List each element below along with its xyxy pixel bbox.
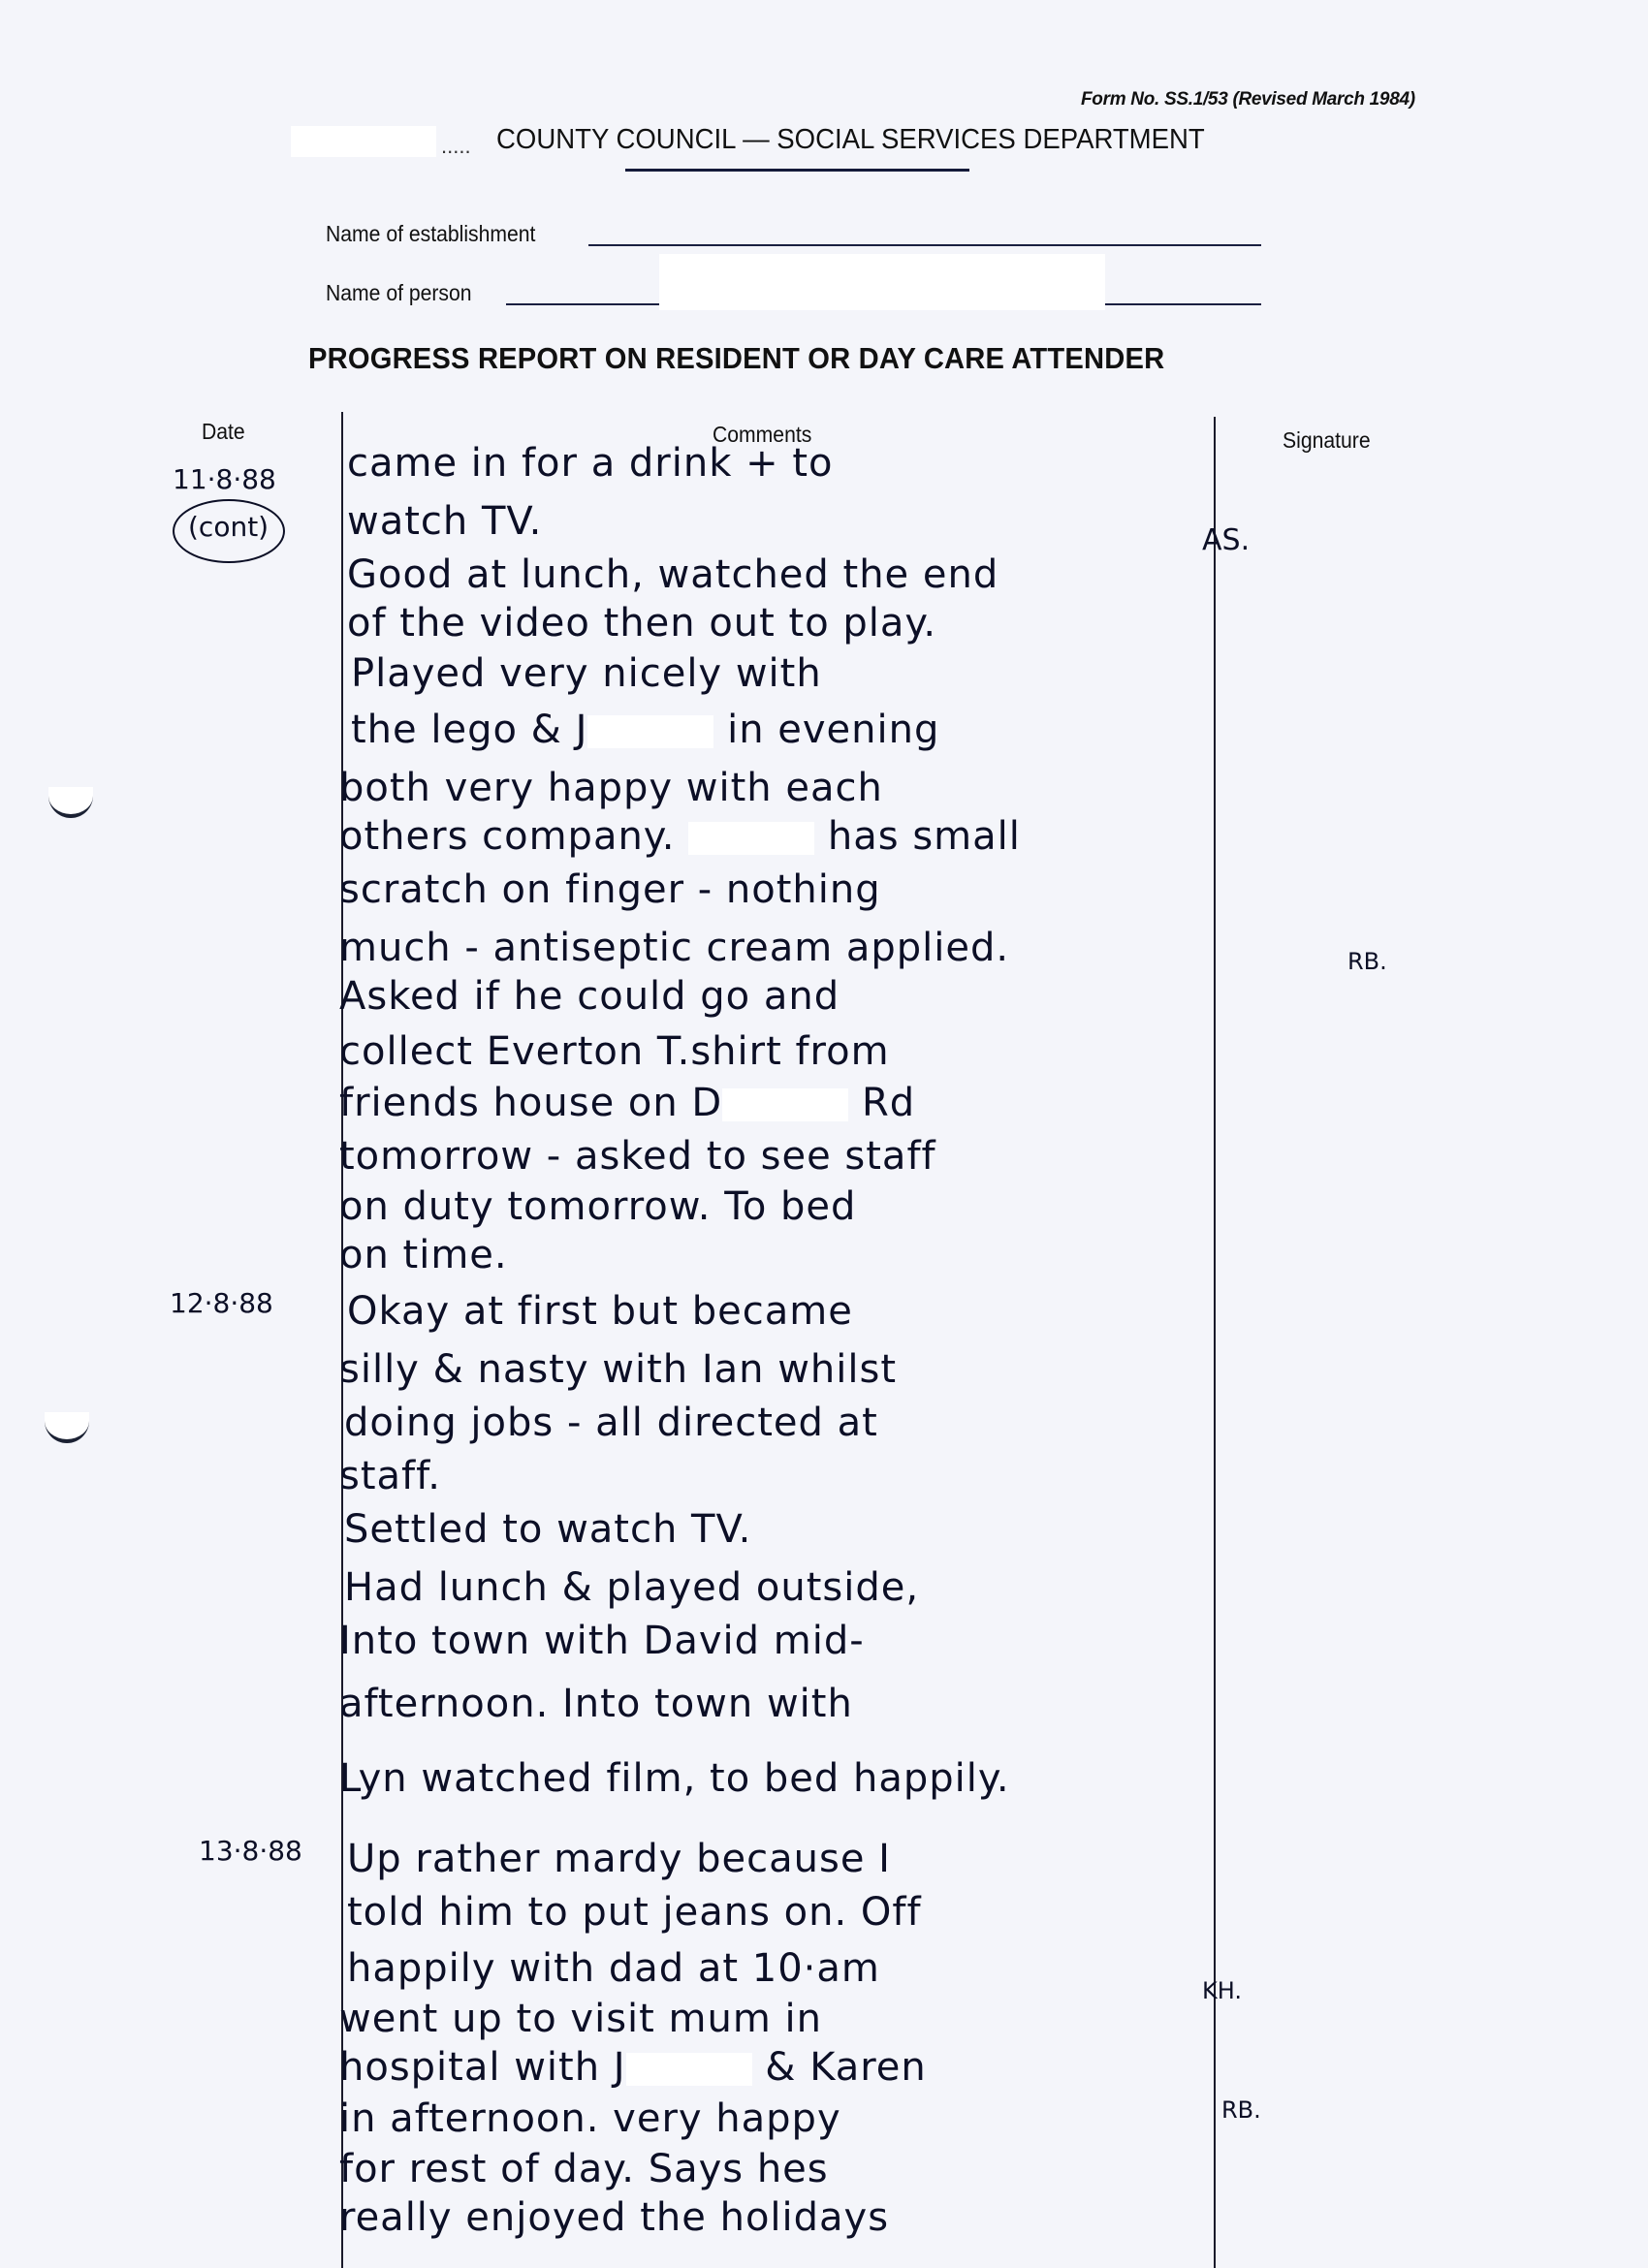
comment-line: went up to visit mum in	[339, 1997, 822, 2041]
comment-line: on duty tomorrow. To bed	[339, 1184, 856, 1229]
comment-line: Had lunch & played outside,	[344, 1565, 919, 1610]
redacted-council-name	[291, 126, 436, 157]
comment-line: of the video then out to play.	[347, 601, 936, 646]
comment-line: really enjoyed the holidays	[339, 2195, 889, 2240]
column-header-date: Date	[202, 419, 245, 445]
comment-line: friends house on D Rd	[339, 1081, 915, 1125]
comment-line: for rest of day. Says hes	[339, 2147, 829, 2191]
comment-line: silly & nasty with Ian whilst	[339, 1347, 897, 1392]
comment-line: Settled to watch TV.	[344, 1507, 751, 1552]
staff-signature: AS.	[1202, 523, 1250, 557]
comment-line: scratch on finger - nothing	[339, 867, 881, 912]
comment-line: Played very nicely with	[351, 651, 822, 696]
council-prefix-dots: .....	[441, 134, 471, 159]
redacted-name	[587, 715, 713, 748]
entry-date-note: (cont)	[188, 511, 269, 543]
comment-line: collect Everton T.shirt from	[339, 1029, 890, 1074]
comment-line: watch TV.	[347, 499, 542, 544]
comment-line: tomorrow - asked to see staff	[339, 1134, 936, 1179]
comment-line: Into town with David mid-	[339, 1619, 865, 1663]
title-underline	[625, 169, 969, 172]
form-number: Form No. SS.1/53 (Revised March 1984)	[1081, 89, 1415, 110]
redacted-name	[688, 822, 814, 855]
column-header-signature: Signature	[1283, 427, 1371, 454]
comments-left-rule	[341, 412, 343, 2268]
redacted-person-name	[659, 254, 1105, 310]
comment-line: Up rather mardy because I	[347, 1837, 891, 1881]
comment-line: doing jobs - all directed at	[344, 1401, 878, 1445]
staff-signature: KH.	[1202, 1977, 1242, 2004]
comment-line: told him to put jeans on. Off	[347, 1890, 922, 1935]
comment-line: Good at lunch, watched the end	[347, 552, 998, 597]
comment-line: on time.	[339, 1233, 508, 1277]
comment-line: in afternoon. very happy	[339, 2096, 841, 2141]
comment-line: staff.	[339, 1454, 441, 1498]
punch-hole	[45, 1412, 89, 1443]
comment-line: happily with dad at 10·am	[347, 1946, 880, 1991]
entry-date: 12·8·88	[170, 1287, 273, 1319]
comment-line: both very happy with each	[339, 766, 883, 810]
report-title: PROGRESS REPORT ON RESIDENT OR DAY CARE …	[308, 341, 1164, 376]
person-label: Name of person	[326, 280, 472, 306]
comment-line: others company. has small	[339, 814, 1021, 859]
punch-hole	[48, 787, 93, 818]
comment-line: afternoon. Into town with	[339, 1682, 853, 1726]
comment-line: Okay at first but became	[347, 1289, 853, 1334]
entry-date: 13·8·88	[199, 1835, 302, 1867]
redacted-name	[722, 1088, 848, 1121]
comment-line: the lego & J in evening	[351, 708, 939, 752]
comment-line: Asked if he could go and	[339, 974, 840, 1019]
establishment-label: Name of establishment	[326, 221, 535, 247]
comment-line: much - antiseptic cream applied.	[339, 926, 1009, 970]
entry-date: 11·8·88	[173, 463, 276, 495]
establishment-field[interactable]	[588, 244, 1261, 246]
comment-line: came in for a drink + to	[347, 441, 833, 486]
council-title: COUNTY COUNCIL — SOCIAL SERVICES DEPARTM…	[496, 124, 1205, 156]
staff-signature: RB.	[1221, 2096, 1261, 2124]
redacted-name	[626, 2053, 752, 2086]
comment-line: hospital with J & Karen	[339, 2045, 927, 2090]
staff-signature: RB.	[1347, 948, 1387, 975]
comment-line: Lyn watched film, to bed happily.	[339, 1756, 1010, 1801]
